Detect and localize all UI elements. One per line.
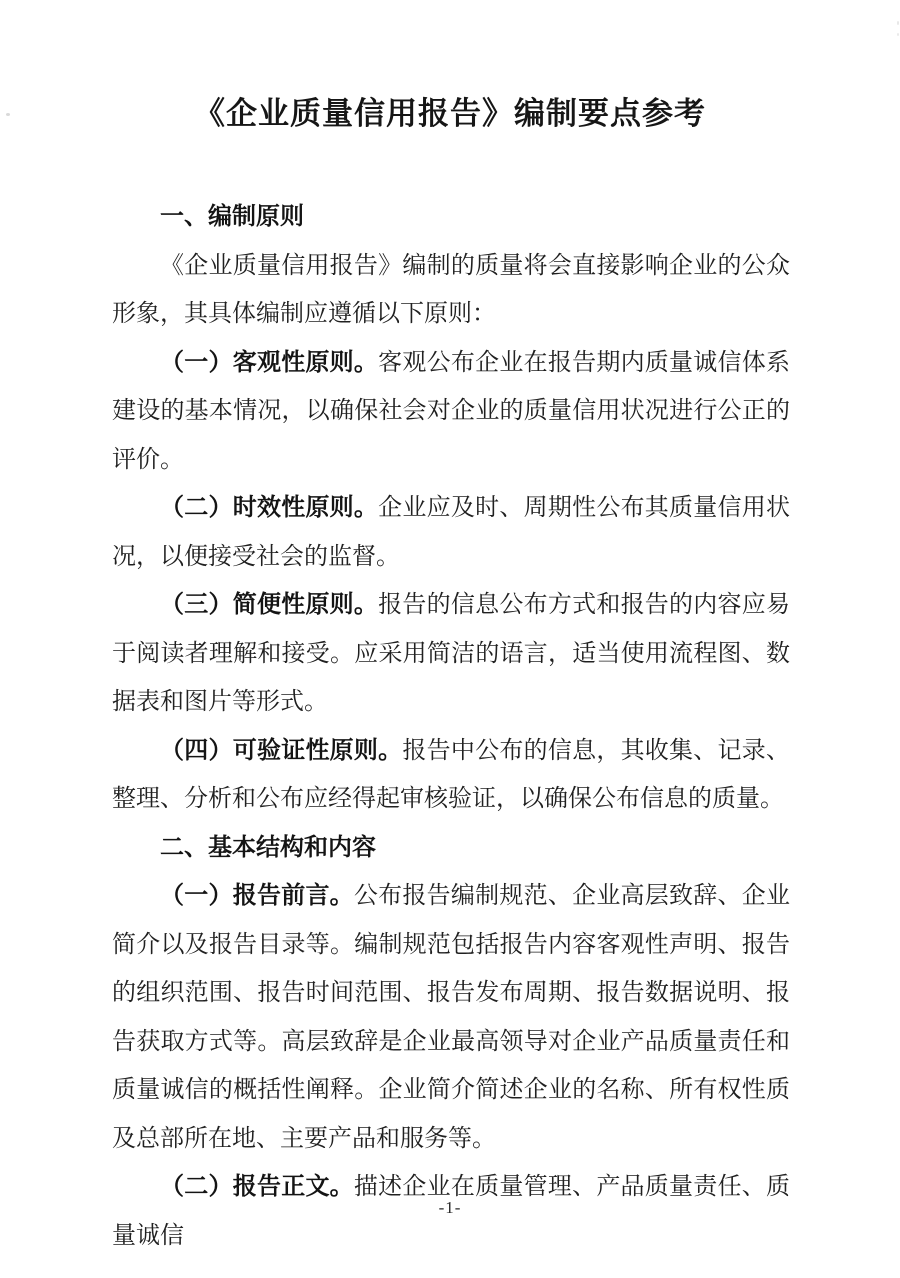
- paragraph-lead: （一）报告前言。: [160, 883, 354, 909]
- document-page: 《企业质量信用报告》编制要点参考 一、编制原则 《企业质量信用报告》编制的质量将…: [0, 0, 900, 1278]
- paragraph-text: 《企业质量信用报告》编制的质量将会直接影响企业的公众形象，其具体编制应遵循以下原…: [112, 253, 790, 328]
- paragraph-lead: （二）报告正文。: [160, 1174, 354, 1200]
- paragraph-lead: （二）时效性原则。: [160, 495, 378, 521]
- paragraph-lead: （四）可验证性原则。: [160, 738, 402, 764]
- page-number: -1-: [0, 1198, 900, 1218]
- scan-speck: [897, 33, 899, 36]
- scan-speck: [897, 21, 899, 25]
- paragraph-intro: 《企业质量信用报告》编制的质量将会直接影响企业的公众形象，其具体编制应遵循以下原…: [112, 242, 790, 339]
- paragraph-text: 公布报告编制规范、企业高层致辞、企业简介以及报告目录等。编制规范包括报告内容客观…: [112, 883, 790, 1152]
- document-title: 《企业质量信用报告》编制要点参考: [0, 88, 900, 133]
- paragraph-principle-3: （三）简便性原则。报告的信息公布方式和报告的内容应易于阅读者理解和接受。应采用简…: [112, 581, 790, 727]
- paragraph-principle-1: （一）客观性原则。客观公布企业在报告期内质量诚信体系建设的基本情况，以确保社会对…: [112, 339, 790, 485]
- paragraph-lead: （一）客观性原则。: [160, 350, 378, 376]
- paragraph-preface: （一）报告前言。公布报告编制规范、企业高层致辞、企业简介以及报告目录等。编制规范…: [112, 872, 790, 1163]
- paragraph-lead: （三）简便性原则。: [160, 592, 378, 618]
- paragraph-principle-2: （二）时效性原则。企业应及时、周期性公布其质量信用状况，以便接受社会的监督。: [112, 484, 790, 581]
- section-heading-2: 二、基本结构和内容: [112, 824, 790, 873]
- document-body: 一、编制原则 《企业质量信用报告》编制的质量将会直接影响企业的公众形象，其具体编…: [112, 193, 790, 1260]
- section-heading-1: 一、编制原则: [112, 193, 790, 242]
- paragraph-principle-4: （四）可验证性原则。报告中公布的信息，其收集、记录、整理、分析和公布应经得起审核…: [112, 727, 790, 824]
